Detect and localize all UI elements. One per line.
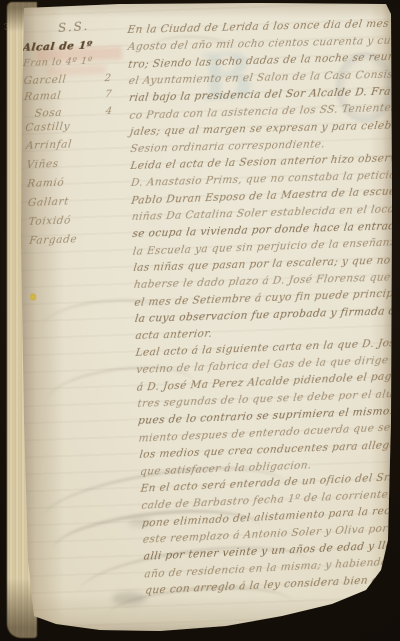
margin-attendee: Castilly: [24, 118, 128, 138]
paragraph: En la Ciudad de Lerida á los once dia de…: [127, 17, 398, 160]
manuscript-body: En la Ciudad de Lerida á los once dia de…: [127, 17, 400, 601]
session-heading: S.S.: [58, 19, 90, 35]
margin-attendee: Ramió: [26, 175, 130, 195]
manuscript-page: B S.S. Alcal de 1ºFran lo 4º 1ºGarcell2R…: [0, 0, 400, 641]
margin-attendee: Toixidó: [27, 212, 131, 232]
margin-attendee: Viñes: [26, 156, 130, 176]
attendees-margin-list: Alcal de 1ºFran lo 4º 1ºGarcell2Ramal7So…: [22, 38, 131, 251]
margin-attendee: Gallart: [27, 193, 131, 213]
paragraph: Leida el acta de la Sesion anterior hizo…: [130, 152, 400, 347]
margin-attendee: Arrinfal: [25, 137, 129, 157]
page-corner-mark: 38: [4, 21, 15, 31]
paragraph: Leal acto á la siguiente carta en la que…: [135, 337, 400, 483]
yellow-stain: [30, 293, 36, 301]
paragraph: En el acto será enterada de un oficio de…: [140, 471, 400, 602]
document-scan: B S.S. Alcal de 1ºFran lo 4º 1ºGarcell2R…: [0, 0, 400, 641]
margin-attendee: Fargade: [28, 231, 132, 251]
